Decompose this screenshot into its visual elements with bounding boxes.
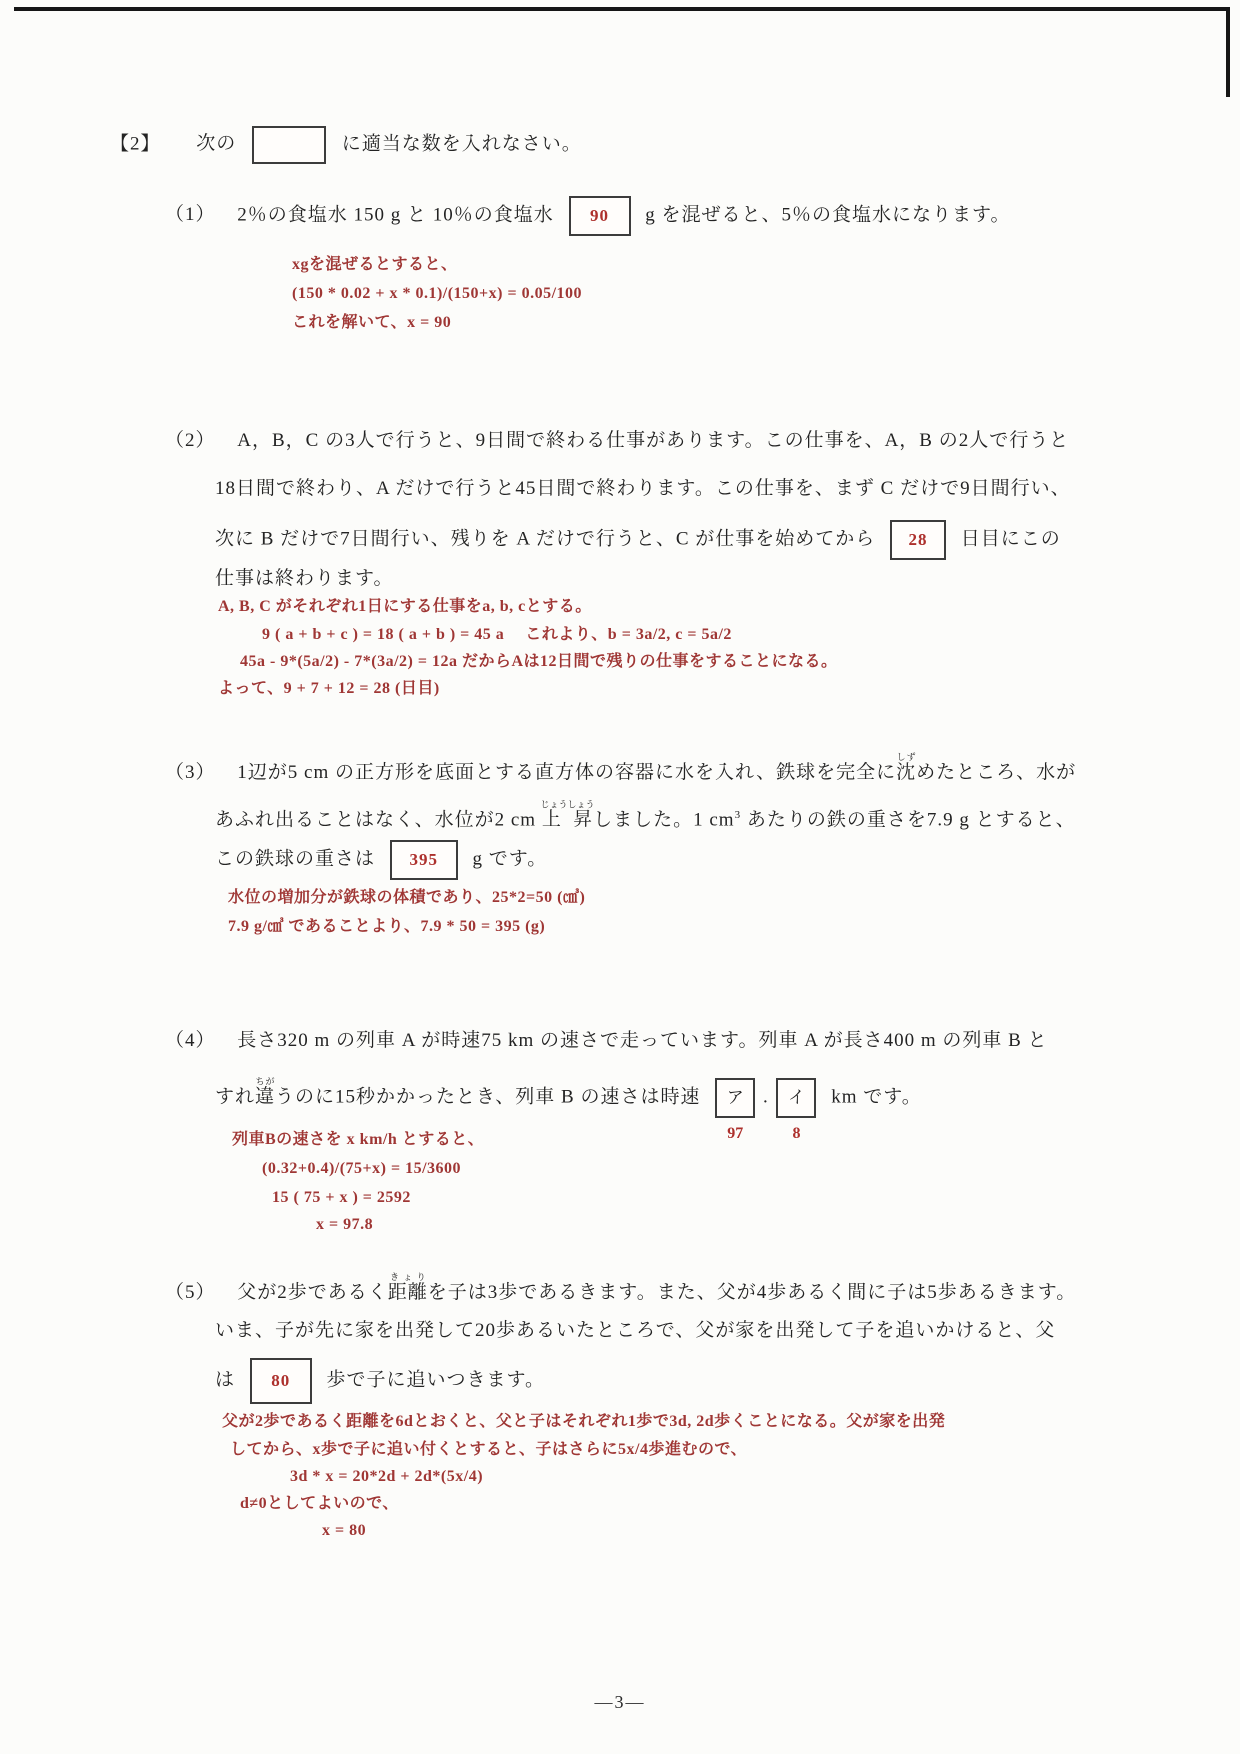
- problem-2-line-3: 次に B だけで7日間行い、残りを A だけで行うと、C が仕事を始めてから 2…: [215, 520, 1061, 560]
- blank-answer-box: [252, 126, 326, 164]
- problem-5-line-3-after: 歩で子に追いつきます。: [327, 1369, 545, 1390]
- solution-5-line-1: 父が2歩であるく距離を6dとおくと、父と子はそれぞれ1歩で3d, 2d歩くことに…: [222, 1410, 945, 1434]
- scanned-math-worksheet-page: { "header": { "problem_no": "【2】", "befo…: [0, 0, 1240, 1754]
- answer-5-value: 80: [271, 1368, 290, 1394]
- answer-2-value: 28: [909, 527, 928, 553]
- scan-top-edge-line: [14, 7, 1230, 11]
- solution-2-line-4: よって、9 + 7 + 12 = 28 (日目): [218, 677, 440, 701]
- problem-3-line-2-after: あたりの鉄の重さを7.9 g とすると、: [741, 809, 1076, 830]
- problem-1-label: （1）: [165, 204, 216, 225]
- problem-5-line-1: （5） 父が2歩であるく距離きょりを子は3歩であるきます。また、父が4歩あるく間…: [165, 1272, 1076, 1306]
- problem-2-line-2: 18日間で終わり、A だけで行うと45日間で終わります。この仕事を、まず C だ…: [215, 476, 1071, 502]
- answer-3-value: 395: [410, 847, 439, 873]
- solution-4-line-4: x = 97.8: [316, 1213, 373, 1237]
- problem-3-line-3: この鉄球の重さは 395 g です。: [215, 840, 547, 880]
- solution-4-line-3: 15 ( 75 + x ) = 2592: [272, 1186, 411, 1210]
- ruby-shizu-base: 沈: [896, 762, 916, 783]
- problem-3-line-2-before: あふれ出ることはなく、水位が2 cm: [215, 809, 542, 830]
- problem-5-line-2: いま、子が先に家を出発して20歩あるいたところで、父が家を出発して子を追いかける…: [215, 1318, 1055, 1344]
- page-number: —3—: [0, 1692, 1240, 1713]
- answer-box-4a: ア 97: [715, 1078, 755, 1118]
- solution-2-line-1: A, B, C がそれぞれ1日にする仕事をa, b, cとする。: [218, 595, 592, 619]
- problem-4-line-1: （4） 長さ320 m の列車 A が時速75 km の速さで走っています。列車…: [165, 1028, 1048, 1054]
- solution-1-line-3: これを解いて、x = 90: [292, 311, 451, 335]
- problem-2-line-3-before: 次に B だけで7日間行い、残りを A だけで行うと、C が仕事を始めてから: [215, 528, 875, 549]
- answer-4a-label: ア: [727, 1085, 744, 1111]
- problem-5-line-1-before: 父が2歩であるく: [237, 1282, 388, 1303]
- ruby-chiga-reading: ちが: [255, 1076, 275, 1086]
- solution-1-line-1: xgを混ぜるとすると、: [292, 253, 458, 277]
- solution-4-line-2: (0.32+0.4)/(75+x) = 15/3600: [262, 1157, 461, 1181]
- answer-4b-label: イ: [788, 1085, 805, 1111]
- problem-5-line-1-after: を子は3歩であるきます。また、父が4歩あるく間に子は5歩あるきます。: [428, 1282, 1076, 1303]
- answer-4a-red-value: 97: [727, 1121, 743, 1147]
- answer-box-1: 90: [569, 196, 631, 236]
- solution-5-line-3: 3d * x = 20*2d + 2d*(5x/4): [290, 1465, 483, 1489]
- problem-2-label: （2）: [165, 430, 216, 451]
- problem-5-line-3: は 80 歩で子に追いつきます。: [215, 1358, 545, 1404]
- ruby-kyori-reading: きょり: [388, 1272, 428, 1282]
- answer-1-value: 90: [590, 203, 609, 229]
- solution-4-line-1: 列車Bの速さを x km/h とすると、: [232, 1128, 484, 1152]
- solution-3-line-1: 水位の増加分が鉄球の体積であり、25*2=50 (㎤): [228, 886, 585, 910]
- problem-3-line-3-after: g です。: [473, 848, 548, 869]
- ruby-joushou: 上 昇じょうしょう: [542, 809, 593, 830]
- problem-3-line-2-mid: しました。1 cm: [593, 809, 734, 830]
- problem-1-after-box: g を混ぜると、5％の食塩水になります。: [645, 204, 1010, 225]
- ruby-shizu-reading: しず: [896, 752, 916, 762]
- problem-4-line-2: すれ違ちがうのに15秒かかったとき、列車 B の速さは時速 ア 97 . イ 8…: [215, 1076, 922, 1118]
- problem-3-line-1-before: 1辺が5 cm の正方形を底面とする直方体の容器に水を入れ、鉄球を完全に: [237, 762, 896, 783]
- problem-2-line-3-after: 日目にこの: [961, 528, 1061, 549]
- header-text-before-box: 次の: [196, 133, 236, 154]
- problem-2-line-1-text: A，B，C の3人で行うと、9日間で終わる仕事があります。この仕事を、A，B の…: [237, 430, 1069, 451]
- problem-3-line-2: あふれ出ることはなく、水位が2 cm 上 昇じょうしょうしました。1 cm3 あ…: [215, 799, 1076, 833]
- answer-box-2: 28: [890, 520, 946, 560]
- problem-4-line-2-after: km です。: [831, 1086, 922, 1107]
- decimal-point: .: [763, 1086, 769, 1107]
- answer-box-5: 80: [250, 1358, 312, 1404]
- section-number: 【2】: [110, 133, 161, 154]
- problem-5-line-3-before: は: [215, 1369, 235, 1390]
- problem-4-line-2-mid: うのに15秒かかったとき、列車 B の速さは時速: [275, 1086, 700, 1107]
- ruby-chiga: 違ちが: [255, 1086, 275, 1107]
- problem-1-text: （1） 2％の食塩水 150 g と 10％の食塩水 90 g を混ぜると、5％…: [165, 196, 1011, 236]
- problem-3-label: （3）: [165, 762, 216, 783]
- problem-4-line-1-text: 長さ320 m の列車 A が時速75 km の速さで走っています。列車 A が…: [237, 1030, 1047, 1051]
- ruby-joushou-reading: じょうしょう: [540, 799, 594, 809]
- problem-2-line-4: 仕事は終わります。: [215, 566, 393, 592]
- problem-3-line-3-before: この鉄球の重さは: [215, 848, 375, 869]
- ruby-kyori: 距離きょり: [388, 1282, 428, 1303]
- ruby-joushou-base: 上 昇: [540, 809, 594, 830]
- answer-4b-red-value: 8: [792, 1121, 800, 1147]
- ruby-kyori-base: 距離: [388, 1282, 428, 1303]
- solution-5-line-5: x = 80: [322, 1519, 366, 1543]
- solution-2-line-3: 45a - 9*(5a/2) - 7*(3a/2) = 12a だからAは12日…: [240, 650, 838, 674]
- solution-1-line-2: (150 * 0.02 + x * 0.1)/(150+x) = 0.05/10…: [292, 282, 582, 306]
- problem-3-line-1-after: めたところ、水が: [916, 762, 1076, 783]
- problem-1-before-box: 2％の食塩水 150 g と 10％の食塩水: [237, 204, 554, 225]
- solution-3-line-2: 7.9 g/㎤ であることより、7.9 * 50 = 395 (g): [228, 915, 545, 939]
- problem-3-line-1: （3） 1辺が5 cm の正方形を底面とする直方体の容器に水を入れ、鉄球を完全に…: [165, 752, 1076, 786]
- header-text-after-box: に適当な数を入れなさい。: [342, 133, 582, 154]
- section-header: 【2】 次の に適当な数を入れなさい。: [110, 126, 582, 164]
- problem-5-label: （5）: [165, 1282, 216, 1303]
- problem-4-label: （4）: [165, 1030, 216, 1051]
- solution-5-line-4: d≠0としてよいので、: [240, 1492, 399, 1516]
- ruby-shizu: 沈しず: [896, 762, 916, 783]
- problem-2-line-1: （2） A，B，C の3人で行うと、9日間で終わる仕事があります。この仕事を、A…: [165, 428, 1069, 454]
- answer-box-4b: イ 8: [776, 1078, 816, 1118]
- answer-box-3: 395: [390, 840, 458, 880]
- solution-2-line-2: 9 ( a + b + c ) = 18 ( a + b ) = 45 a これ…: [262, 623, 732, 647]
- problem-4-line-2-before: すれ: [215, 1086, 255, 1107]
- ruby-chiga-base: 違: [255, 1086, 275, 1107]
- solution-5-line-2: してから、x歩で子に追い付くとすると、子はさらに5x/4歩進むので、: [230, 1438, 747, 1462]
- scan-right-edge-line: [1226, 7, 1230, 97]
